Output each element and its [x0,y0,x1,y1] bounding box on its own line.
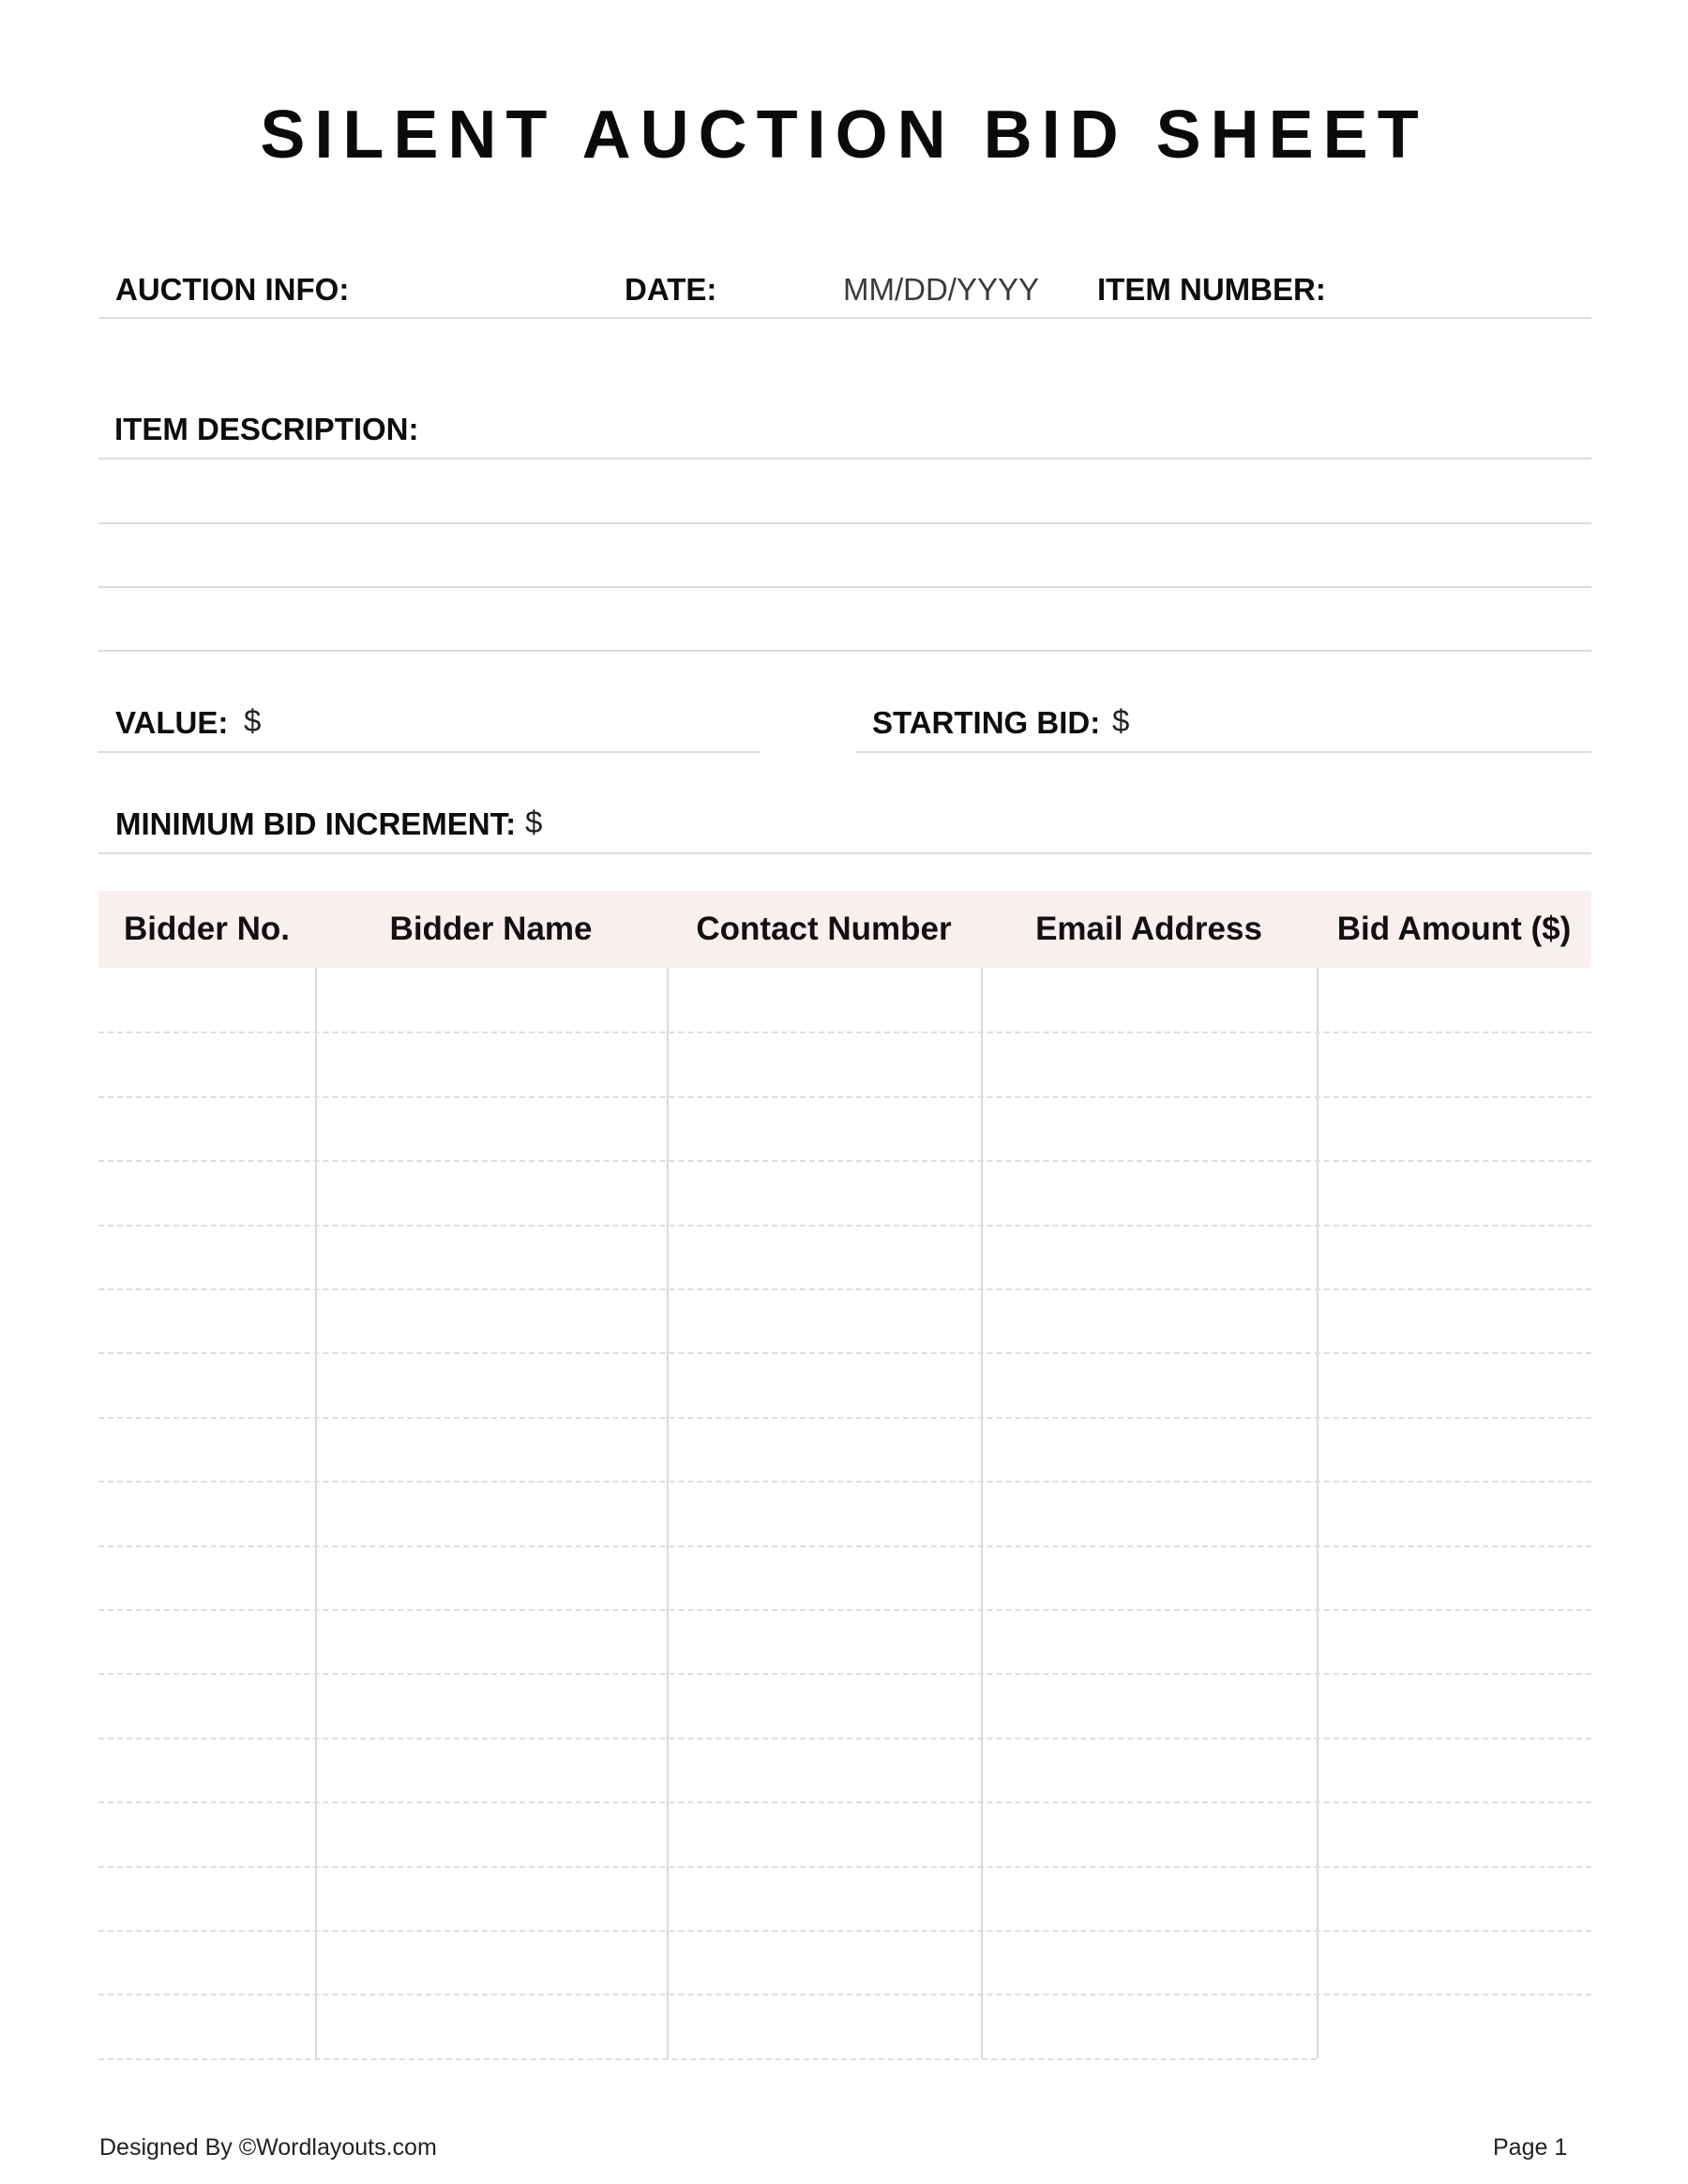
column-header-bidder-no: Bidder No. [98,891,315,968]
table-row [98,1801,1591,1865]
contact-number-cell[interactable] [667,1673,981,1737]
table-row [98,1288,1591,1352]
contact-number-cell[interactable] [667,1225,981,1288]
item-description-line-3[interactable] [98,586,1591,588]
bidder-name-cell[interactable] [315,1738,667,1801]
bidder-no-cell[interactable] [98,1417,315,1481]
column-header-contact-number: Contact Number [667,891,981,968]
auction-info-label: AUCTION INFO: [115,274,349,305]
contact-number-cell[interactable] [667,1481,981,1544]
value-currency: $ [244,705,261,736]
contact-number-cell[interactable] [667,1930,981,1994]
date-field[interactable]: MM/DD/YYYY [843,274,1039,305]
value-label: VALUE: [115,707,228,738]
page-number: Page 1 [1493,2136,1567,2160]
bidder-name-cell[interactable] [315,1930,667,1994]
bid-amount-cell[interactable] [1317,1738,1591,1801]
table-row [98,1930,1591,1994]
bidder-no-cell[interactable] [98,1481,315,1544]
starting-bid-currency: $ [1112,705,1129,736]
contact-number-cell[interactable] [667,1609,981,1673]
bidder-name-cell[interactable] [315,1352,667,1416]
contact-number-cell[interactable] [667,1417,981,1481]
table-row [98,1160,1591,1224]
bid-amount-cell[interactable] [1317,1866,1591,1930]
bid-amount-cell[interactable] [1317,968,1591,1032]
bidder-no-cell[interactable] [98,1609,315,1673]
bid-amount-cell[interactable] [1317,1930,1591,1994]
bid-amount-cell[interactable] [1317,1801,1591,1865]
table-row [98,1352,1591,1416]
bid-amount-cell[interactable] [1317,1673,1591,1737]
bid-amount-cell[interactable] [1317,1225,1591,1288]
bidder-name-cell[interactable] [315,1160,667,1224]
bidder-name-cell[interactable] [315,1609,667,1673]
bidder-no-cell[interactable] [98,1866,315,1930]
bidder-name-cell[interactable] [315,1481,667,1544]
table-row [98,1545,1591,1609]
bidder-no-cell[interactable] [98,1160,315,1224]
contact-number-cell[interactable] [667,1096,981,1160]
table-row [98,968,1591,1032]
min-bid-increment-label: MINIMUM BID INCREMENT: [115,808,516,839]
row-divider [98,2058,1317,2060]
email-address-cell[interactable] [981,1673,1317,1737]
bidder-no-cell[interactable] [98,1096,315,1160]
item-description-label: ITEM DESCRIPTION: [114,414,419,444]
bidder-name-cell[interactable] [315,1288,667,1352]
email-address-cell[interactable] [981,1225,1317,1288]
bidder-no-cell[interactable] [98,1673,315,1737]
min-bid-increment-line[interactable] [98,852,1591,854]
table-row [98,1481,1591,1544]
email-address-cell[interactable] [981,1352,1317,1416]
bidder-no-cell[interactable] [98,1545,315,1609]
starting-bid-line[interactable] [855,751,1591,753]
email-address-cell[interactable] [981,1545,1317,1609]
contact-number-cell[interactable] [667,1738,981,1801]
bid-amount-cell[interactable] [1317,1032,1591,1095]
table-row [98,1032,1591,1095]
bid-amount-cell[interactable] [1317,1096,1591,1160]
bidder-no-cell[interactable] [98,1801,315,1865]
email-address-cell[interactable] [981,1801,1317,1865]
bidder-name-cell[interactable] [315,1096,667,1160]
contact-number-cell[interactable] [667,1160,981,1224]
bidder-name-cell[interactable] [315,1225,667,1288]
table-row [98,1096,1591,1160]
page-title: SILENT AUCTION BID SHEET [0,101,1688,169]
email-address-cell[interactable] [981,1160,1317,1224]
bidder-name-cell[interactable] [315,1032,667,1095]
auction-info-line[interactable] [98,317,1591,319]
item-description-line-4[interactable] [98,650,1591,652]
item-description-line-1[interactable] [98,458,1591,459]
bidder-name-cell[interactable] [315,1994,667,2057]
bid-amount-cell[interactable] [1317,1545,1591,1609]
bid-amount-cell[interactable] [1317,1994,1591,2057]
bidder-no-cell[interactable] [98,1930,315,1994]
bid-amount-cell[interactable] [1317,1160,1591,1224]
bid-amount-cell[interactable] [1317,1417,1591,1481]
table-row [98,1738,1591,1801]
bidder-no-cell[interactable] [98,1738,315,1801]
contact-number-cell[interactable] [667,1994,981,2057]
bidder-name-cell[interactable] [315,968,667,1032]
table-row [98,1866,1591,1930]
item-description-line-2[interactable] [98,522,1591,524]
email-address-cell[interactable] [981,968,1317,1032]
table-row [98,1673,1591,1737]
table-row [98,1609,1591,1673]
contact-number-cell[interactable] [667,1352,981,1416]
column-header-bidder-name: Bidder Name [315,891,667,968]
item-number-label: ITEM NUMBER: [1097,274,1326,305]
bidder-name-cell[interactable] [315,1801,667,1865]
footer-credit: Designed By ©Wordlayouts.com [99,2136,437,2160]
email-address-cell[interactable] [981,1609,1317,1673]
bidder-name-cell[interactable] [315,1866,667,1930]
contact-number-cell[interactable] [667,1801,981,1865]
bidder-no-cell[interactable] [98,1288,315,1352]
email-address-cell[interactable] [981,1096,1317,1160]
bidder-name-cell[interactable] [315,1417,667,1481]
bid-amount-cell[interactable] [1317,1481,1591,1544]
bidder-no-cell[interactable] [98,968,315,1032]
email-address-cell[interactable] [981,1032,1317,1095]
bidder-name-cell[interactable] [315,1545,667,1609]
email-address-cell[interactable] [981,1866,1317,1930]
email-address-cell[interactable] [981,1417,1317,1481]
contact-number-cell[interactable] [667,1032,981,1095]
email-address-cell[interactable] [981,1481,1317,1544]
email-address-cell[interactable] [981,1738,1317,1801]
bidder-no-cell[interactable] [98,1225,315,1288]
email-address-cell[interactable] [981,1930,1317,1994]
bidder-no-cell[interactable] [98,1352,315,1416]
bidder-no-cell[interactable] [98,1994,315,2057]
starting-bid-label: STARTING BID: [872,707,1100,738]
column-header-bid-amount: Bid Amount ($) [1317,891,1591,968]
email-address-cell[interactable] [981,1994,1317,2057]
bid-amount-cell[interactable] [1317,1352,1591,1416]
table-row [98,1225,1591,1288]
contact-number-cell[interactable] [667,1545,981,1609]
bidder-name-cell[interactable] [315,1673,667,1737]
column-header-email-address: Email Address [981,891,1317,968]
table-row [98,1994,1591,2057]
contact-number-cell[interactable] [667,1288,981,1352]
contact-number-cell[interactable] [667,1866,981,1930]
date-label: DATE: [625,274,716,305]
bid-amount-cell[interactable] [1317,1288,1591,1352]
email-address-cell[interactable] [981,1288,1317,1352]
bidder-no-cell[interactable] [98,1032,315,1095]
table-header: Bidder No. Bidder Name Contact Number Em… [98,891,1591,968]
table-row [98,1417,1591,1481]
bid-amount-cell[interactable] [1317,1609,1591,1673]
contact-number-cell[interactable] [667,968,981,1032]
value-line[interactable] [98,751,761,753]
min-bid-increment-currency: $ [525,806,542,837]
